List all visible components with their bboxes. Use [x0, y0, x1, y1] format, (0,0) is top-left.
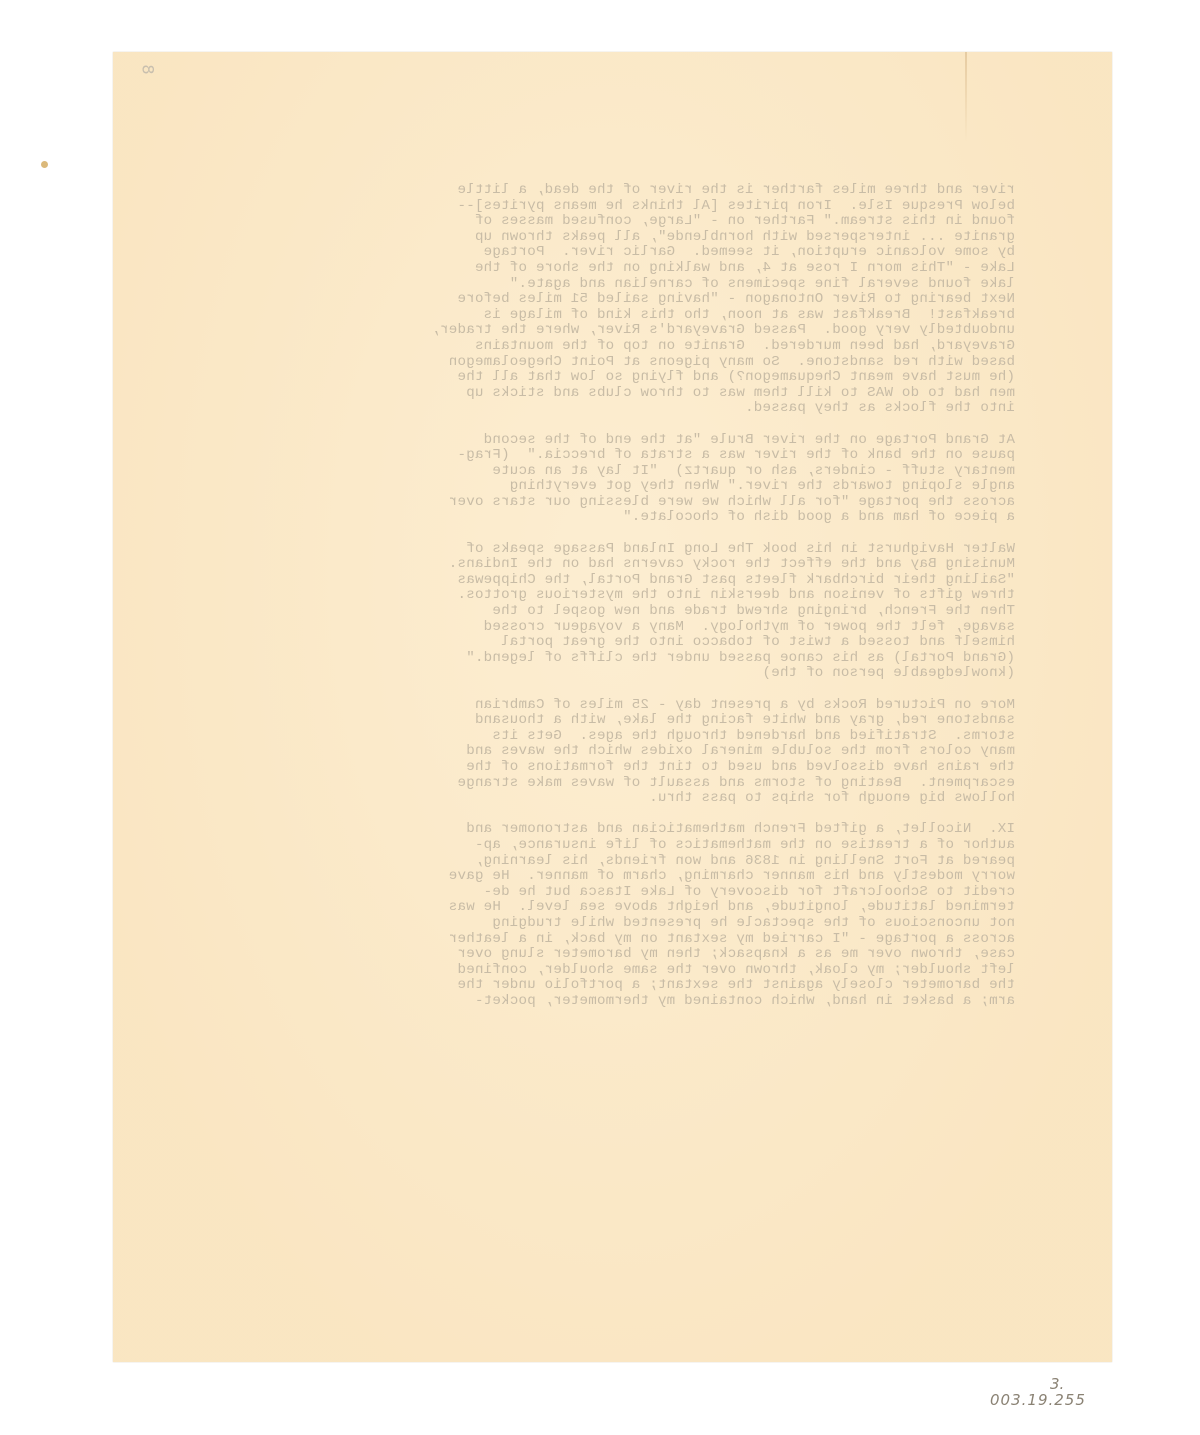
text-line: by some volcanic eruption, it seemed. Ga…	[215, 245, 1015, 261]
stain-spot	[41, 161, 48, 168]
text-line: many colors from the soluble mineral oxi…	[215, 744, 1015, 760]
text-line: below Presque Isle. Iron pirites [Al thi…	[215, 199, 1015, 215]
text-line: angle sloping towards the river." When t…	[215, 479, 1015, 495]
text-line: the rains have dissolved and used to tin…	[215, 760, 1015, 776]
mirrored-bleed-through-text: river and three miles farther is the riv…	[215, 183, 1015, 1025]
text-line: More on Pictured Rocks by a present day …	[215, 698, 1015, 714]
text-line: across a portage - "I carried my sextant…	[215, 932, 1015, 948]
paragraph: More on Pictured Rocks by a present day …	[215, 698, 1015, 807]
text-line: author of a treatise on the mathematics …	[215, 838, 1015, 854]
paragraph: river and three miles farther is the riv…	[215, 183, 1015, 417]
text-line: credit to Schoolcraft for discovery of L…	[215, 885, 1015, 901]
text-line: IX. Nicollet, a gifted French mathematic…	[215, 822, 1015, 838]
text-line: river and three miles farther is the riv…	[215, 183, 1015, 199]
text-line: a piece of ham and a good dish of chocol…	[215, 510, 1015, 526]
text-line: arm; a basket in hand, which contained m…	[215, 994, 1015, 1010]
text-line: sandstone red, gray and white facing the…	[215, 713, 1015, 729]
text-line: (knowledgeable person of the)	[215, 666, 1015, 682]
text-line: threw gifts of venison and deerskin into…	[215, 588, 1015, 604]
paper-crease	[965, 52, 967, 142]
text-line: case, thrown over me as a knapsack; then…	[215, 947, 1015, 963]
text-line: into the flocks as they passed.	[215, 401, 1015, 417]
corner-pencil-mark: 8	[139, 64, 158, 74]
text-line: found in this stream." Farther on - "Lar…	[215, 214, 1015, 230]
text-line: Walter Havighurst in his book The Long I…	[215, 542, 1015, 558]
text-line: hollows big enough for ships to pass thr…	[215, 791, 1015, 807]
text-line: pause on the bank of the river was a str…	[215, 448, 1015, 464]
text-line: granite ... interspersed with hornblende…	[215, 230, 1015, 246]
text-line: left shoulder; my cloak, thrown over the…	[215, 963, 1015, 979]
text-line: Lake - "This morn I rose at 4, and walki…	[215, 261, 1015, 277]
text-line: across the portage "for all which we wer…	[215, 495, 1015, 511]
text-line: men had to do WAS to kill them was to th…	[215, 386, 1015, 402]
paragraph: Walter Havighurst in his book The Long I…	[215, 542, 1015, 682]
text-line: Munising Bay and the effect the rocky ca…	[215, 557, 1015, 573]
text-line: termined latitude, longitude, and height…	[215, 900, 1015, 916]
text-line: mentary stuff - cinders, ash or quartz) …	[215, 464, 1015, 480]
text-line: the barometer closely against the sextan…	[215, 978, 1015, 994]
text-line: Then the French, bringing shrewd trade a…	[215, 604, 1015, 620]
accession-number: 003.19.255	[990, 1391, 1086, 1409]
text-line: undoubtedly very good. Passed Graveyard'…	[215, 323, 1015, 339]
text-line: Next bearing to River Ontonagon - "havin…	[215, 292, 1015, 308]
text-line: peared at Fort Snelling in 1836 and won …	[215, 854, 1015, 870]
text-line: "Sailing their birchbark fleets past Gra…	[215, 573, 1015, 589]
text-line: (Grand Portal) as his canoe passed under…	[215, 651, 1015, 667]
text-line: (he must have meant Chequamegon?) and fl…	[215, 370, 1015, 386]
text-line: breakfast! Breakfast was at noon, tho th…	[215, 308, 1015, 324]
text-line: himself and tossed a twist of tobacco in…	[215, 635, 1015, 651]
text-line: Graveyard, had been murdered. Granite on…	[215, 339, 1015, 355]
text-line: worry modestly and his manner charming, …	[215, 869, 1015, 885]
text-line: lake found several fine specimens of car…	[215, 277, 1015, 293]
text-line: based with red sandstone. So many pigeon…	[215, 355, 1015, 371]
text-line: At Grand Portage on the river Brule "at …	[215, 433, 1015, 449]
paragraph: At Grand Portage on the river Brule "at …	[215, 433, 1015, 527]
paragraph: IX. Nicollet, a gifted French mathematic…	[215, 822, 1015, 1009]
text-line: not unconscious of the spectacle he pres…	[215, 916, 1015, 932]
text-line: storms. Stratified and hardened through …	[215, 729, 1015, 745]
text-line: escarpment. Beating of storms and assaul…	[215, 776, 1015, 792]
text-line: savage, felt the power of mythology. Man…	[215, 620, 1015, 636]
